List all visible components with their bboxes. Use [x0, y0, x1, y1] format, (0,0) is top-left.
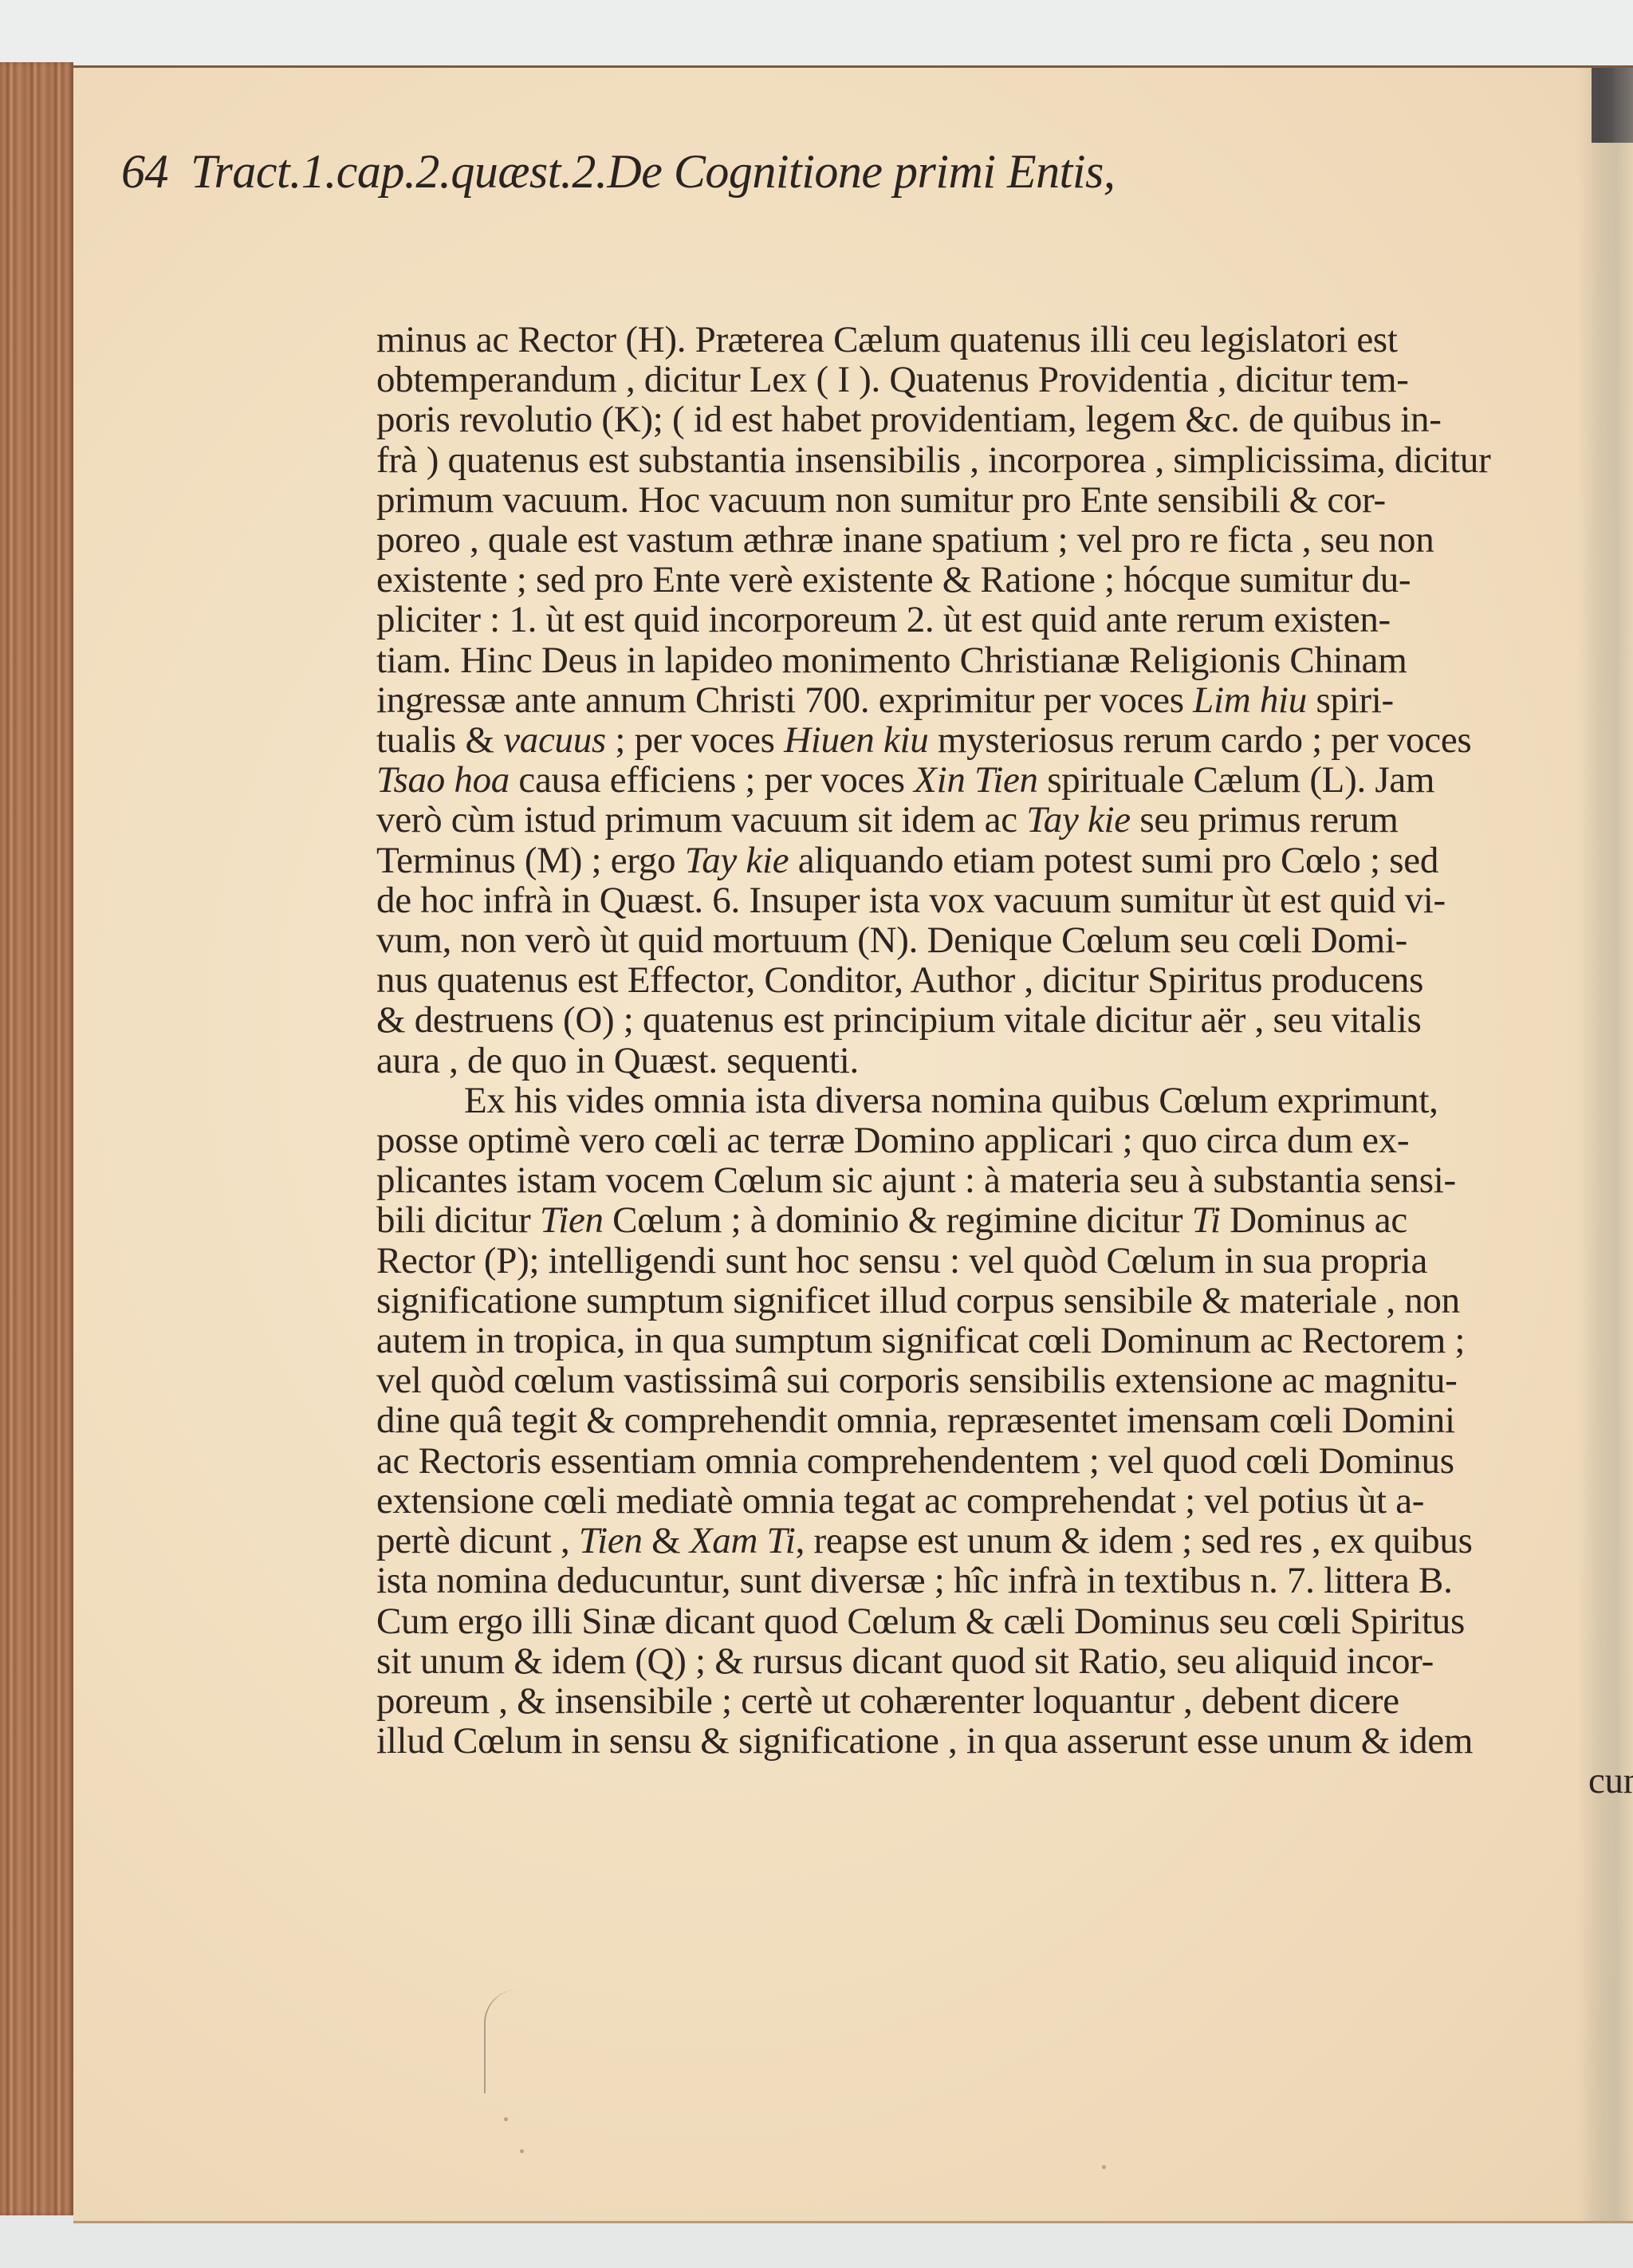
page-block-edges: [0, 62, 73, 2215]
book-page: 64Tract.1.cap.2.quæst.2.De Cognitione pr…: [73, 65, 1633, 2223]
text-line: vel quòd cœlum vastissimâ sui corporis s…: [376, 1360, 1633, 1400]
text-segment: ; per voces: [606, 720, 784, 760]
text-line: poreo , quale est vastum æthræ inane spa…: [376, 520, 1633, 560]
text-line: verò cùm istud primum vacuum sit idem ac…: [376, 800, 1633, 840]
italic-chinese-term: Xam Ti: [690, 1521, 796, 1561]
text-line: plicantes istam vocem Cœlum sic ajunt : …: [376, 1160, 1633, 1200]
text-segment: &: [643, 1521, 690, 1561]
text-line: obtemperandum , dicitur Lex ( I ). Quate…: [376, 360, 1633, 400]
text-segment: Dominus ac: [1221, 1200, 1407, 1240]
text-segment: verò cùm istud primum vacuum sit idem ac: [376, 800, 1026, 840]
text-line: tualis & vacuus ; per voces Hiuen kiu my…: [376, 720, 1633, 760]
body-text: minus ac Rector (H). Præterea Cælum quat…: [376, 320, 1633, 1801]
text-segment: spirituale Cælum (L). Jam: [1038, 760, 1434, 800]
italic-chinese-term: Tay kie: [685, 841, 789, 880]
text-line: bili dicitur Tien Cœlum ; à dominio & re…: [376, 1200, 1633, 1240]
text-line: aura , de quo in Quæst. sequenti.: [376, 1041, 1633, 1081]
text-line: dine quâ tegit & comprehendit omnia, rep…: [376, 1400, 1633, 1440]
running-head: 64Tract.1.cap.2.quæst.2.De Cognitione pr…: [121, 144, 1115, 199]
italic-chinese-term: Hiuen kiu: [784, 720, 928, 760]
text-segment: Terminus (M) ; ergo: [376, 841, 685, 880]
paper-speck: [520, 2149, 524, 2153]
text-line: significatione sumptum significet illud …: [376, 1281, 1633, 1321]
text-segment: aliquando etiam potest sumi pro Cœlo ; s…: [789, 841, 1438, 880]
italic-chinese-term: Lim hiu: [1193, 680, 1307, 720]
text-segment: bili dicitur: [376, 1200, 540, 1240]
text-line: ingressæ ante annum Christi 700. exprimi…: [376, 680, 1633, 720]
paper-speck: [504, 2117, 508, 2121]
italic-chinese-term: Xin Tien: [914, 760, 1038, 800]
text-line: frà ) quatenus est substantia insensibil…: [376, 440, 1633, 480]
text-line: Cum ergo illi Sinæ dicant quod Cœlum & c…: [376, 1601, 1633, 1641]
text-segment: causa efficiens ; per voces: [510, 760, 914, 800]
text-line: minus ac Rector (H). Præterea Cælum quat…: [376, 320, 1633, 360]
text-line: sit unum & idem (Q) ; & rursus dicant qu…: [376, 1641, 1633, 1681]
text-line: ac Rectoris essentiam omnia comprehenden…: [376, 1441, 1633, 1481]
text-segment: tualis &: [376, 720, 503, 760]
text-line: Ex his vides omnia ista diversa nomina q…: [376, 1081, 1633, 1120]
running-head-title: Tract.1.cap.2.quæst.2.De Cognitione prim…: [191, 145, 1115, 198]
catchword: cum: [376, 1761, 1633, 1801]
italic-chinese-term: Tien: [540, 1200, 604, 1240]
text-line: illud Cœlum in sensu & significatione , …: [376, 1721, 1633, 1761]
text-line: de hoc infrà in Quæst. 6. Insuper ista v…: [376, 880, 1633, 920]
text-line: pertè dicunt , Tien & Xam Ti, reapse est…: [376, 1521, 1633, 1561]
text-segment: pertè dicunt ,: [376, 1521, 579, 1561]
text-line: primum vacuum. Hoc vacuum non sumitur pr…: [376, 480, 1633, 520]
text-line: Rector (P); intelligendi sunt hoc sensu …: [376, 1241, 1633, 1281]
text-line: & destruens (O) ; quatenus est principiu…: [376, 1000, 1633, 1040]
text-line: ista nomina deducuntur, sunt diversæ ; h…: [376, 1561, 1633, 1601]
text-line: extensione cœli mediatè omnia tegat ac c…: [376, 1481, 1633, 1521]
italic-chinese-term: vacuus: [503, 720, 606, 760]
text-line: vum, non verò ùt quid mortuum (N). Deniq…: [376, 920, 1633, 960]
text-line: poris revolutio (K); ( id est habet prov…: [376, 400, 1633, 439]
text-segment: mysteriosus rerum cardo ; per voces: [928, 720, 1471, 760]
page-number: 64: [121, 145, 168, 198]
text-line: Terminus (M) ; ergo Tay kie aliquando et…: [376, 841, 1633, 880]
text-line: posse optimè vero cœli ac terræ Domino a…: [376, 1120, 1633, 1160]
text-line: Tsao hoa causa efficiens ; per voces Xin…: [376, 760, 1633, 800]
text-line: tiam. Hinc Deus in lapideo monimento Chr…: [376, 640, 1633, 680]
pencil-mark: [484, 1990, 517, 2093]
italic-chinese-term: Tsao hoa: [376, 760, 510, 800]
text-segment: Cœlum ; à dominio & regimine dicitur: [604, 1200, 1192, 1240]
text-segment: ingressæ ante annum Christi 700. exprimi…: [376, 680, 1193, 720]
text-line: existente ; sed pro Ente verè existente …: [376, 560, 1633, 600]
paper-speck: [1102, 2165, 1106, 2169]
text-segment: , reapse est unum & idem ; sed res , ex …: [796, 1521, 1473, 1561]
text-line: nus quatenus est Effector, Conditor, Aut…: [376, 960, 1633, 1000]
book-photograph: 64Tract.1.cap.2.quæst.2.De Cognitione pr…: [0, 0, 1633, 2268]
italic-chinese-term: Tay kie: [1026, 800, 1131, 840]
italic-chinese-term: Ti: [1192, 1200, 1221, 1240]
text-segment: spiri-: [1307, 680, 1394, 720]
italic-chinese-term: Tien: [579, 1521, 643, 1561]
text-line: autem in tropica, in qua sumptum signifi…: [376, 1321, 1633, 1360]
text-line: pliciter : 1. ùt est quid incorporeum 2.…: [376, 600, 1633, 640]
text-line: poreum , & insensibile ; certè ut cohære…: [376, 1681, 1633, 1721]
text-segment: seu primus rerum: [1131, 800, 1399, 840]
